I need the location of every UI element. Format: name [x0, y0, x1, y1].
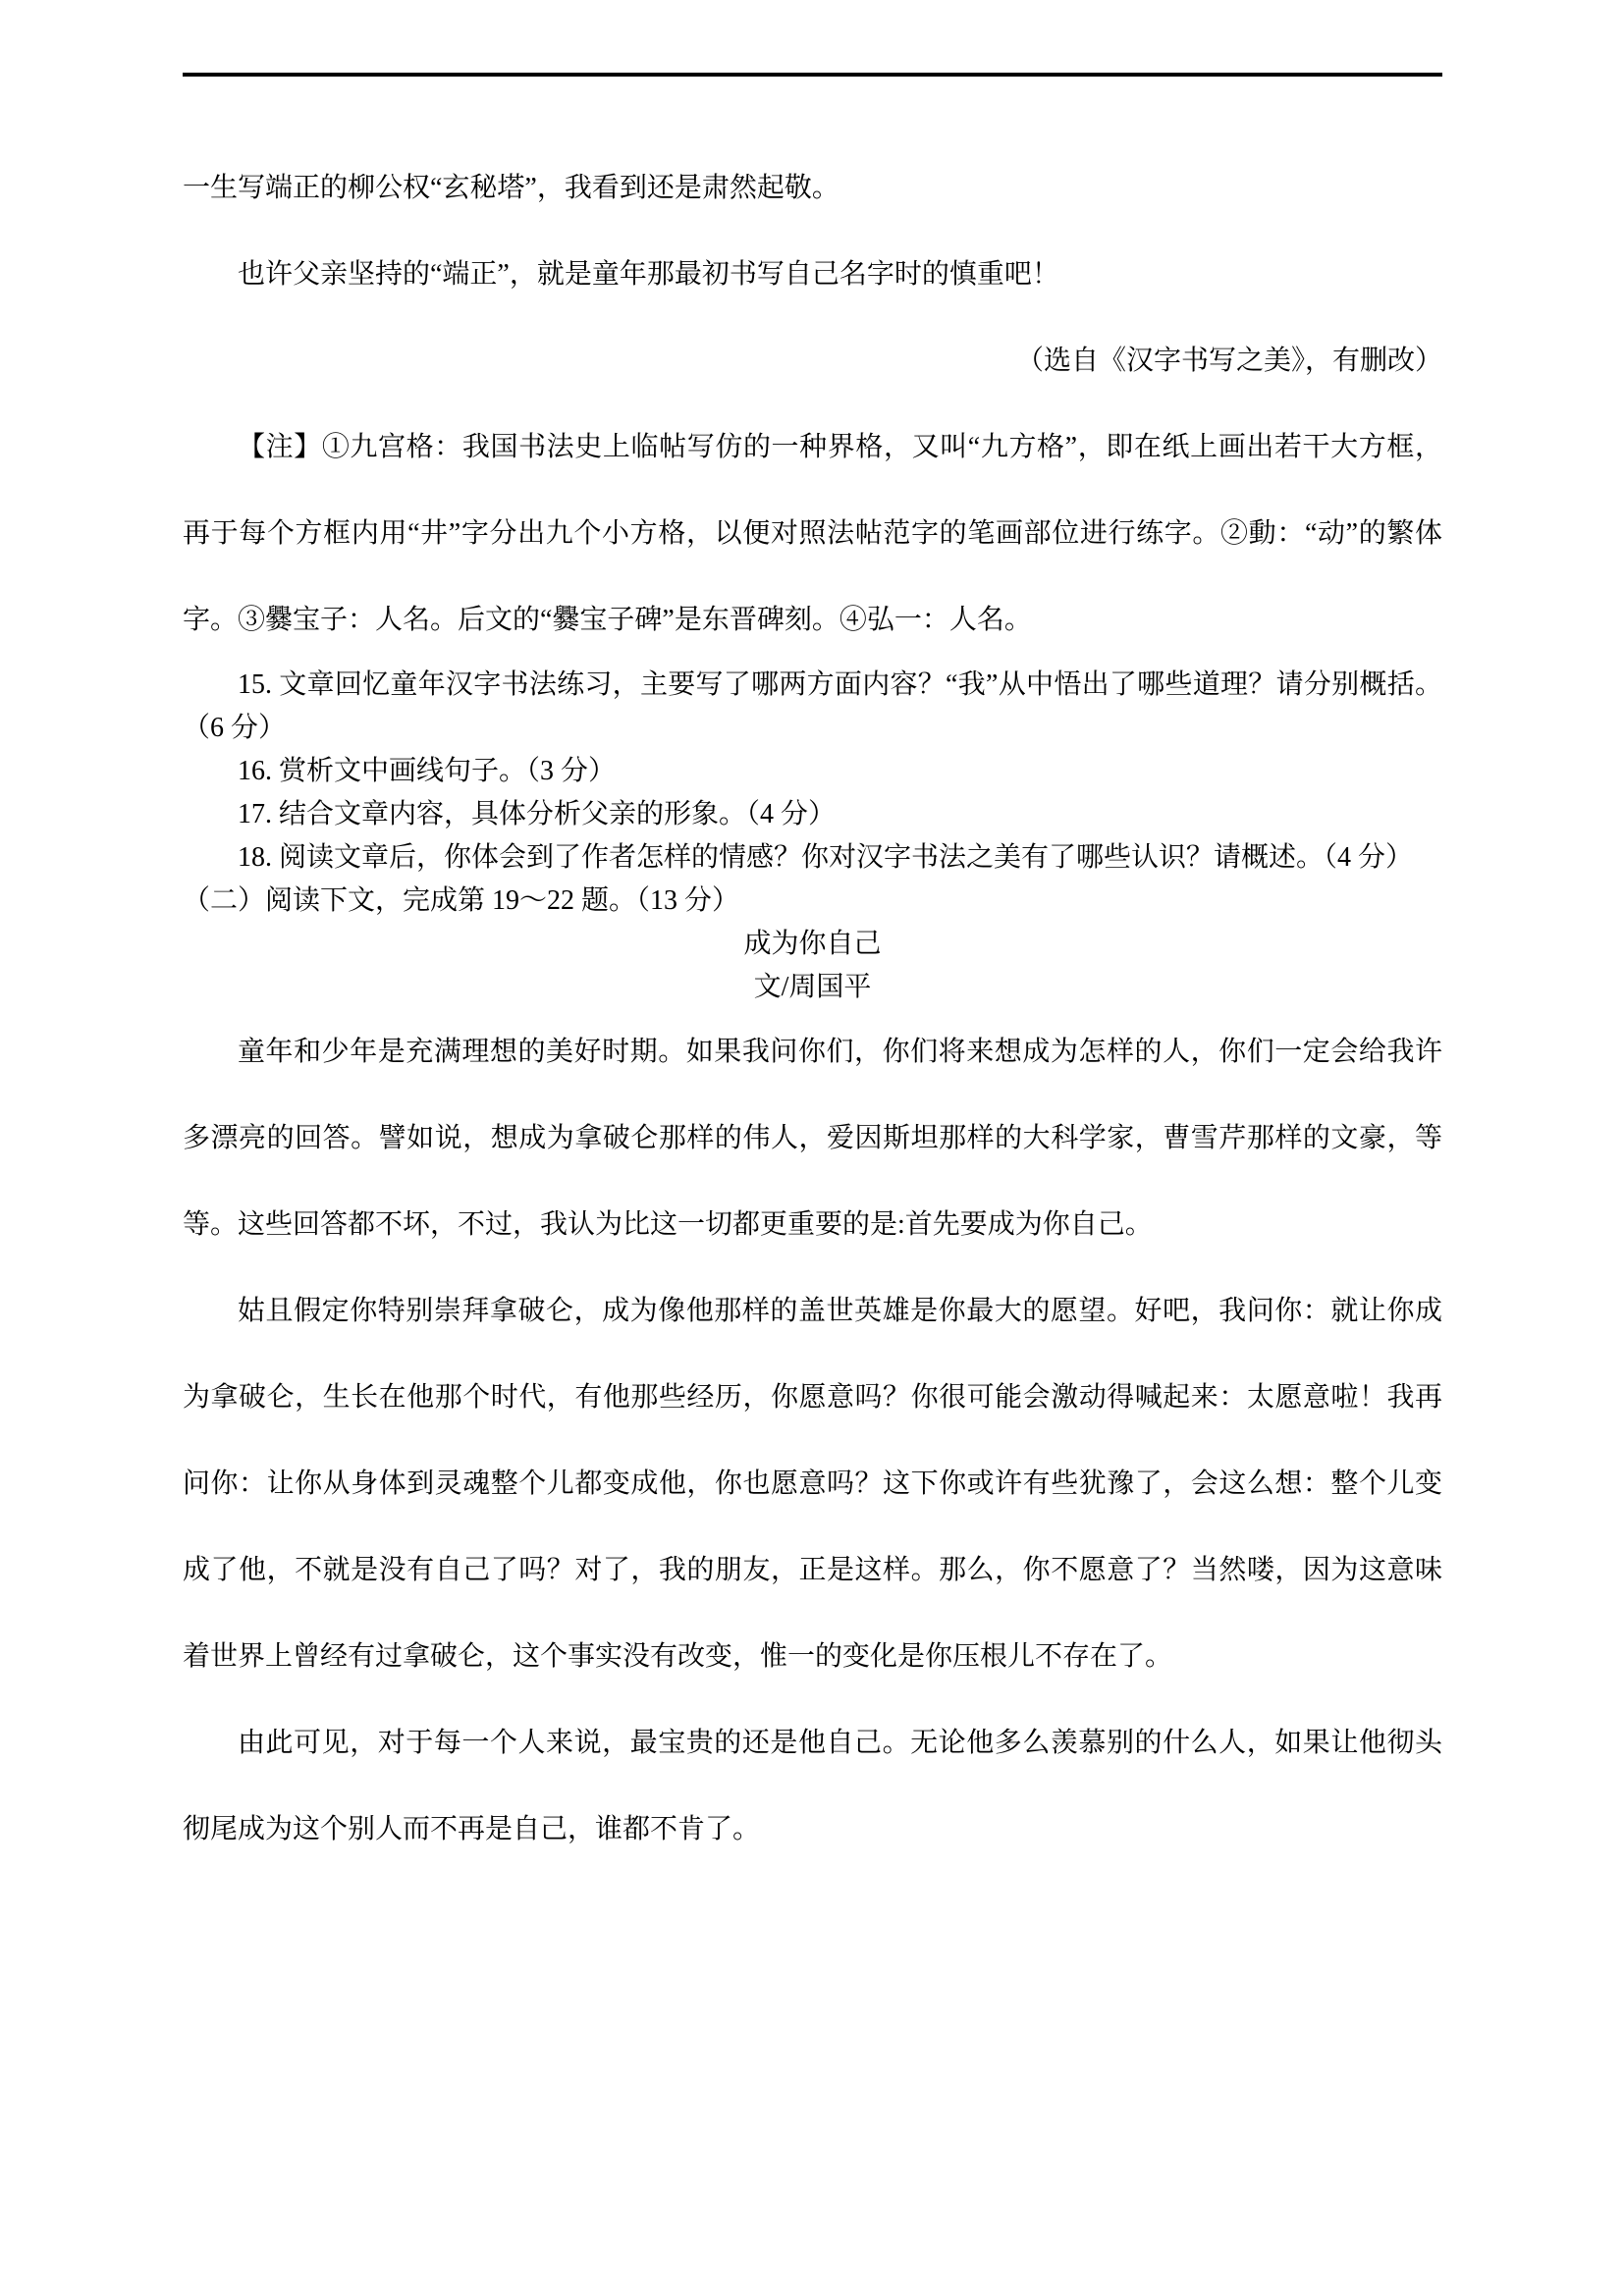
essay-paragraph-2: 姑且假定你特别崇拜拿破仑，成为像他那样的盖世英雄是你最大的愿望。好吧，我问你：就…: [183, 1268, 1442, 1700]
source-attribution: （选自《汉字书写之美》，有删改）: [183, 318, 1442, 404]
question-16: 16. 赏析文中画线句子。（3 分）: [183, 750, 1442, 793]
essay-paragraph-1: 童年和少年是充满理想的美好时期。如果我问你们，你们将来想成为怎样的人，你们一定会…: [183, 1009, 1442, 1268]
question-18: 18. 阅读文章后，你体会到了作者怎样的情感？你对汉字书法之美有了哪些认识？请概…: [183, 836, 1442, 880]
footnotes: 【注】①九宫格：我国书法史上临帖写仿的一种界格，又叫“九方格”，即在纸上画出若干…: [183, 404, 1442, 664]
question-15: 15. 文章回忆童年汉字书法练习，主要写了哪两方面内容？“我”从中悟出了哪些道理…: [183, 664, 1442, 750]
paragraph-closing: 也许父亲坚持的“端正”，就是童年那最初书写自己名字时的慎重吧！: [183, 232, 1442, 318]
section-header: （二）阅读下文，完成第 19～22 题。（13 分）: [183, 880, 1442, 923]
document-body: 一生写端正的柳公权“玄秘塔”，我看到还是肃然起敬。 也许父亲坚持的“端正”，就是…: [183, 145, 1442, 1873]
paragraph-continuation: 一生写端正的柳公权“玄秘塔”，我看到还是肃然起敬。: [183, 145, 1442, 232]
document-page: 一生写端正的柳公权“玄秘塔”，我看到还是肃然起敬。 也许父亲坚持的“端正”，就是…: [0, 0, 1624, 2296]
essay-byline: 文/周国平: [183, 966, 1442, 1009]
essay-title: 成为你自己: [183, 923, 1442, 966]
header-rule: [183, 73, 1442, 77]
essay-paragraph-3: 由此可见，对于每一个人来说，最宝贵的还是他自己。无论他多么羡慕别的什么人，如果让…: [183, 1700, 1442, 1873]
question-17: 17. 结合文章内容，具体分析父亲的形象。（4 分）: [183, 793, 1442, 836]
